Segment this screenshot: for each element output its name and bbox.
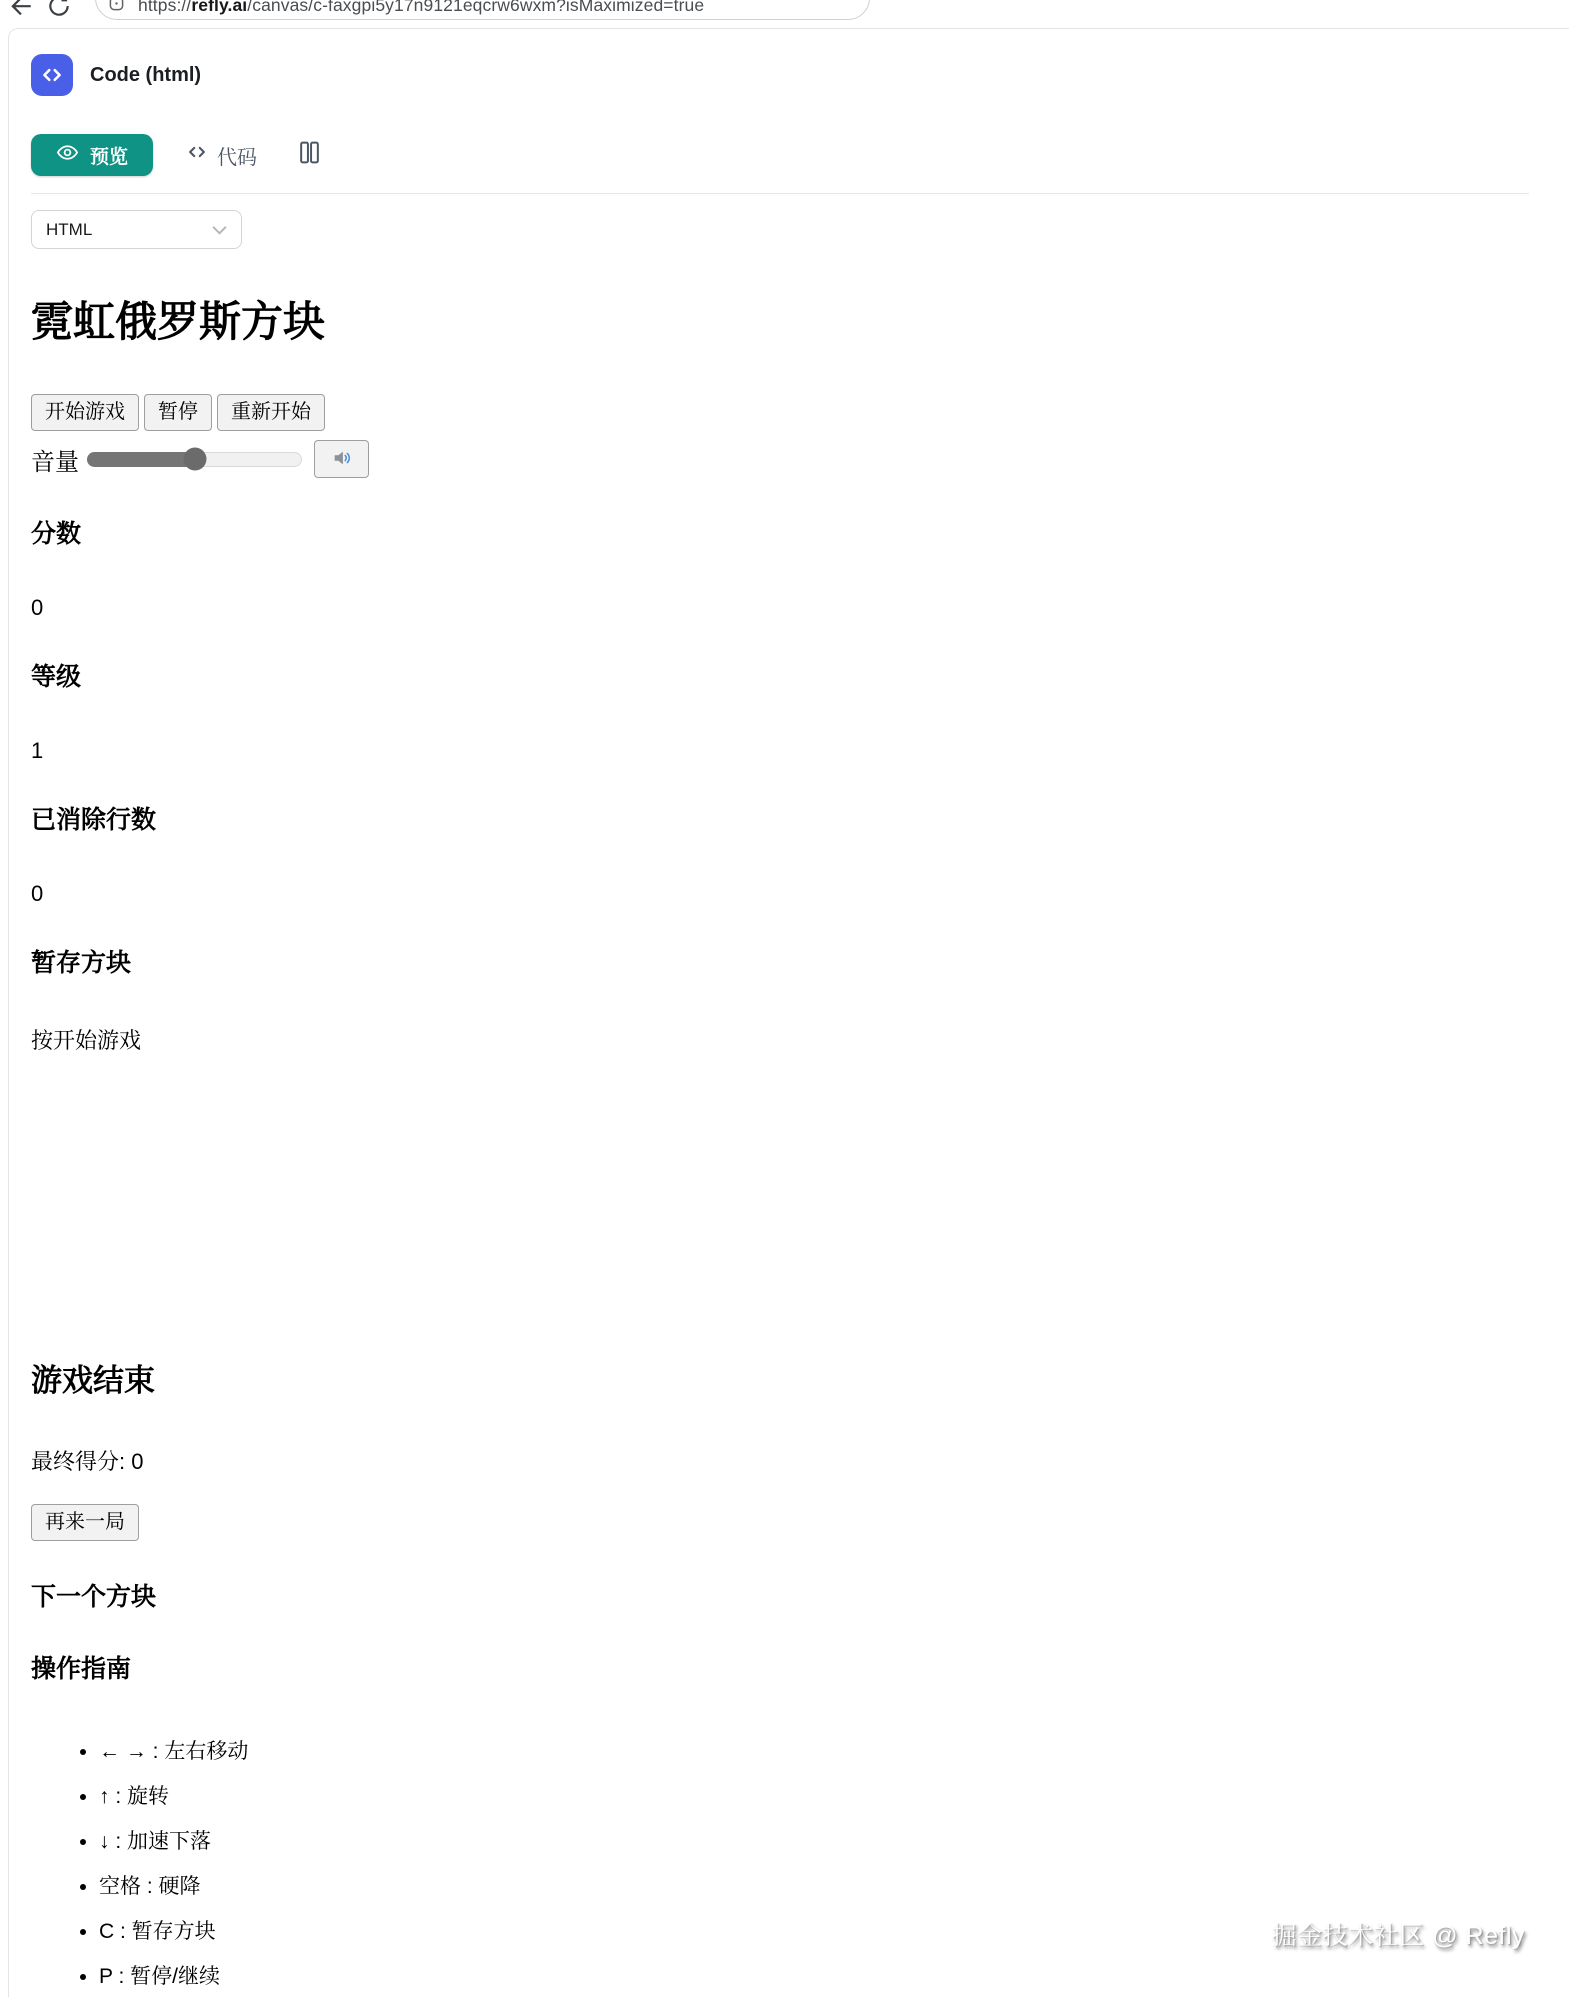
chevron-down-icon xyxy=(212,220,227,240)
pause-button[interactable]: 暂停 xyxy=(144,394,212,431)
guide-label: 操作指南 xyxy=(31,1649,1529,1685)
guide-item: ↓ : 加速下落 xyxy=(99,1825,1529,1855)
view-tabbar: 预览 代码 xyxy=(31,134,1529,176)
artifact-title: Code (html) xyxy=(90,64,201,87)
level-label: 等级 xyxy=(31,657,1529,693)
restart-button[interactable]: 重新开始 xyxy=(217,394,325,431)
watermark: 掘金技术社区 @ Refly xyxy=(1272,1916,1525,1952)
play-again-button[interactable]: 再来一局 xyxy=(31,1504,139,1541)
guide-item: 空格 : 硬降 xyxy=(99,1870,1529,1900)
site-info-icon[interactable] xyxy=(109,0,124,16)
guide-item: ↑ : 旋转 xyxy=(99,1780,1529,1810)
eye-icon xyxy=(56,141,79,170)
final-score-text: 最终得分: 0 xyxy=(31,1445,1529,1476)
volume-label: 音量 xyxy=(31,442,79,477)
code-angle-icon xyxy=(186,141,208,169)
speaker-icon xyxy=(331,447,353,472)
mute-button[interactable] xyxy=(314,440,369,478)
volume-row: 音量 xyxy=(31,440,1529,478)
game-over-title: 游戏结束 xyxy=(31,1355,1529,1400)
lines-label: 已消除行数 xyxy=(31,800,1529,836)
game-title: 霓虹俄罗斯方块 xyxy=(31,289,1529,349)
browser-window: https://refly.ai/canvas/c-faxgpi5y17n912… xyxy=(0,0,1569,1997)
guide-item: P : 暂停/继续 xyxy=(99,1960,1529,1990)
lines-value: 0 xyxy=(31,881,1529,907)
preview-panel: Code (html) 预览 xyxy=(8,28,1569,1997)
game-canvas-area xyxy=(31,1055,1529,1319)
next-piece-label: 下一个方块 xyxy=(31,1577,1529,1613)
language-select[interactable]: HTML xyxy=(31,210,242,249)
hold-label: 暂存方块 xyxy=(31,943,1529,979)
url-text: https://refly.ai/canvas/c-faxgpi5y17n912… xyxy=(138,0,704,16)
tab-preview[interactable]: 预览 xyxy=(31,134,153,176)
language-select-value: HTML xyxy=(46,220,92,240)
hold-hint: 按开始游戏 xyxy=(31,1024,1529,1055)
score-label: 分数 xyxy=(31,514,1529,550)
guide-item: ← → : 左右移动 xyxy=(99,1735,1529,1765)
volume-slider-thumb[interactable] xyxy=(183,448,206,471)
split-view-icon xyxy=(297,140,322,170)
split-view-button[interactable] xyxy=(297,140,322,170)
volume-slider[interactable] xyxy=(87,448,302,471)
volume-slider-fill xyxy=(87,452,195,467)
reload-icon[interactable] xyxy=(46,0,72,24)
score-value: 0 xyxy=(31,595,1529,621)
level-value: 1 xyxy=(31,738,1529,764)
browser-toolbar: https://refly.ai/canvas/c-faxgpi5y17n912… xyxy=(0,0,1569,28)
tab-code[interactable]: 代码 xyxy=(186,141,257,170)
game-controls: 开始游戏 暂停 重新开始 xyxy=(31,394,1529,431)
back-icon[interactable] xyxy=(8,0,34,24)
url-domain: refly.ai xyxy=(191,0,247,15)
toolbar-divider xyxy=(31,193,1529,194)
tab-code-label: 代码 xyxy=(217,141,257,170)
tab-preview-label: 预览 xyxy=(90,142,128,169)
url-bar[interactable]: https://refly.ai/canvas/c-faxgpi5y17n912… xyxy=(95,0,870,20)
start-game-button[interactable]: 开始游戏 xyxy=(31,394,139,431)
artifact-header: Code (html) xyxy=(31,54,1529,96)
code-artifact-icon xyxy=(31,54,73,96)
